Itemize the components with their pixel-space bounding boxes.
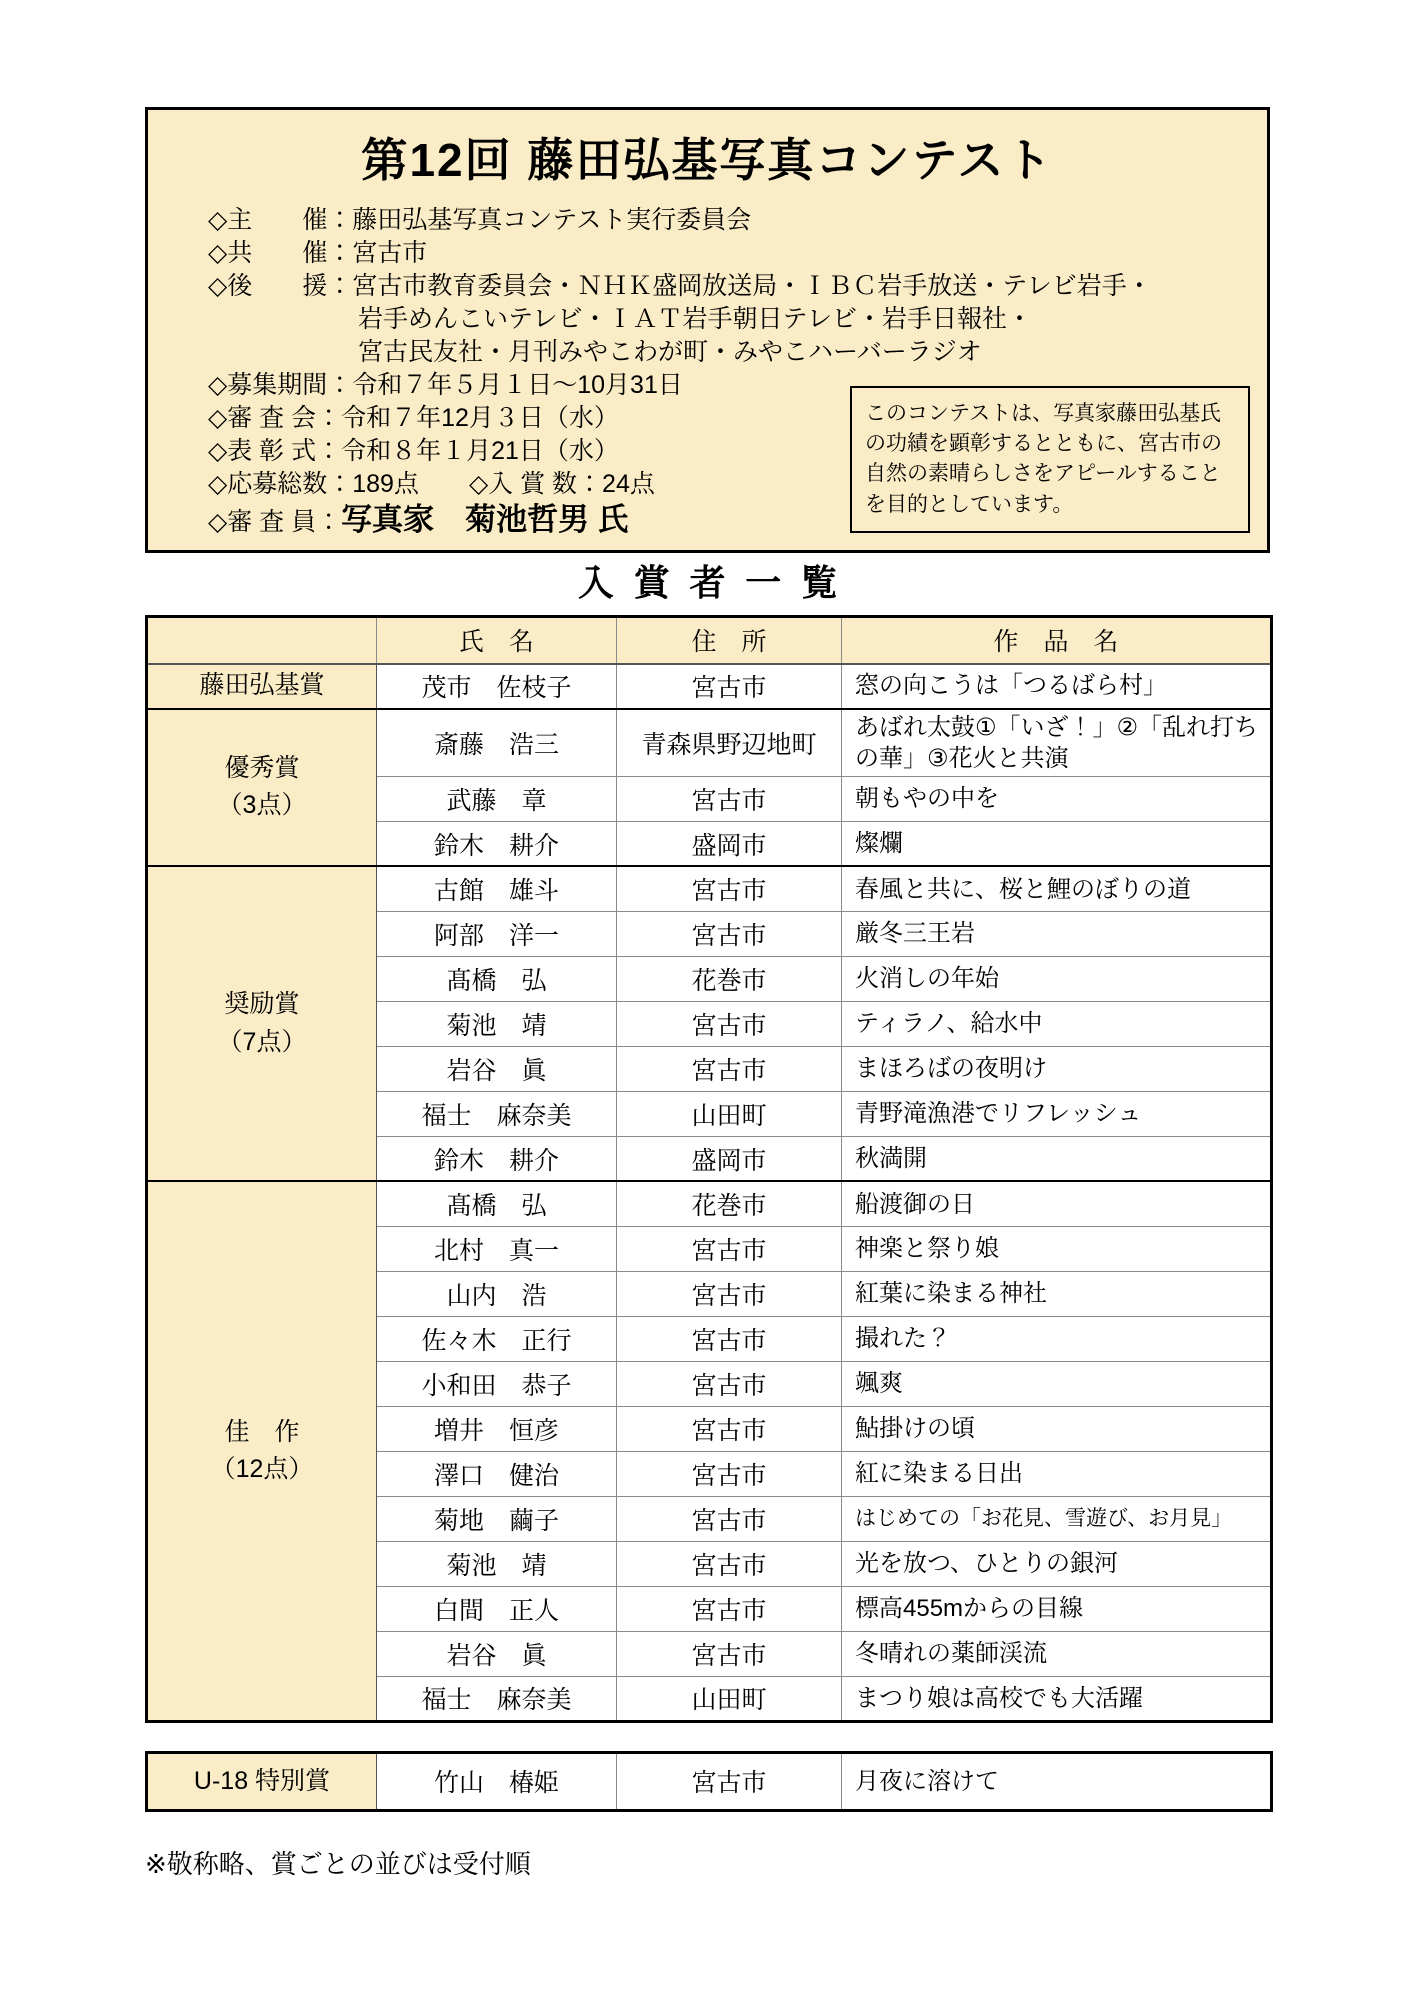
name-cell: 菊池 靖 <box>377 1001 617 1046</box>
place-cell: 山田町 <box>617 1091 842 1136</box>
name-cell: 増井 恒彦 <box>377 1406 617 1451</box>
name-cell: 佐々木 正行 <box>377 1316 617 1361</box>
title-cell: あばれ太鼓①「いざ！」②「乱れ打ちの華」③花火と共演 <box>842 709 1272 777</box>
winners-heading: 入賞者一覧 <box>145 559 1270 607</box>
name-cell: 白間 正人 <box>377 1586 617 1631</box>
col-header-award <box>147 617 377 664</box>
place-cell: 宮古市 <box>617 1586 842 1631</box>
table-row: 奨励賞（7点）古館 雄斗宮古市春風と共に、桜と鯉のぼりの道 <box>147 866 1272 911</box>
name-cell: 小和田 恭子 <box>377 1361 617 1406</box>
name-cell: 澤口 健治 <box>377 1451 617 1496</box>
place-cell: 宮古市 <box>617 866 842 911</box>
purpose-note-text: このコンテストは、写真家藤田弘基氏の功績を顕彰するとともに、宮古市の自然の素晴ら… <box>865 402 1222 516</box>
winners-table-body: 氏 名 住 所 作 品 名 藤田弘基賞茂市 佐枝子宮古市窓の向こうは「つるばら村… <box>147 617 1272 1722</box>
name-cell: 竹山 椿姫 <box>377 1752 617 1810</box>
place-cell: 宮古市 <box>617 664 842 709</box>
name-cell: 山内 浩 <box>377 1271 617 1316</box>
title-cell: 厳冬三王岩 <box>842 911 1272 956</box>
title-cell: まつり娘は高校でも大活躍 <box>842 1676 1272 1721</box>
award-cell: 奨励賞（7点） <box>147 866 377 1181</box>
name-cell: 岩谷 眞 <box>377 1046 617 1091</box>
place-cell: 宮古市 <box>617 1046 842 1091</box>
award-cell: 優秀賞（3点） <box>147 709 377 867</box>
name-cell: 福士 麻奈美 <box>377 1676 617 1721</box>
content-column: 第12回 藤田弘基写真コンテスト ◇主 催：藤田弘基写真コンテスト実行委員会◇共… <box>145 107 1270 1881</box>
title-cell: 標高455mからの目線 <box>842 1586 1272 1631</box>
award-name: 優秀賞 <box>152 750 372 788</box>
title-cell: 鮎掛けの頃 <box>842 1406 1272 1451</box>
award-cell: U-18 特別賞 <box>147 1752 377 1810</box>
award-count: （12点） <box>152 1451 372 1489</box>
award-name: 藤田弘基賞 <box>152 667 372 705</box>
title-cell: 撮れた？ <box>842 1316 1272 1361</box>
place-cell: 盛岡市 <box>617 1136 842 1181</box>
place-cell: 宮古市 <box>617 1271 842 1316</box>
contest-header-box: 第12回 藤田弘基写真コンテスト ◇主 催：藤田弘基写真コンテスト実行委員会◇共… <box>145 107 1270 553</box>
place-cell: 宮古市 <box>617 1496 842 1541</box>
name-cell: 鈴木 耕介 <box>377 1136 617 1181</box>
title-cell: 冬晴れの薬師渓流 <box>842 1631 1272 1676</box>
place-cell: 宮古市 <box>617 1451 842 1496</box>
winners-table: 氏 名 住 所 作 品 名 藤田弘基賞茂市 佐枝子宮古市窓の向こうは「つるばら村… <box>145 615 1273 1723</box>
place-cell: 花巻市 <box>617 956 842 1001</box>
col-header-name: 氏 名 <box>377 617 617 664</box>
place-cell: 宮古市 <box>617 1541 842 1586</box>
page-root: 第12回 藤田弘基写真コンテスト ◇主 催：藤田弘基写真コンテスト実行委員会◇共… <box>0 0 1414 2000</box>
name-cell: 菊池 靖 <box>377 1541 617 1586</box>
name-cell: 北村 真一 <box>377 1226 617 1271</box>
place-cell: 盛岡市 <box>617 821 842 866</box>
name-cell: 髙橋 弘 <box>377 1181 617 1226</box>
judge-name: 写真家 菊池哲男 氏 <box>341 502 629 537</box>
place-cell: 宮古市 <box>617 1406 842 1451</box>
title-cell: 青野滝漁港でリフレッシュ <box>842 1091 1272 1136</box>
place-cell: 宮古市 <box>617 1631 842 1676</box>
name-cell: 武藤 章 <box>377 776 617 821</box>
name-cell: 髙橋 弘 <box>377 956 617 1001</box>
header-detail-line: ◇共 催：宮古市 <box>208 237 1267 270</box>
contest-title: 第12回 藤田弘基写真コンテスト <box>208 124 1207 190</box>
title-cell: 火消しの年始 <box>842 956 1272 1001</box>
title-cell: 燦爛 <box>842 821 1272 866</box>
title-cell: 朝もやの中を <box>842 776 1272 821</box>
name-cell: 茂市 佐枝子 <box>377 664 617 709</box>
title-cell: 船渡御の日 <box>842 1181 1272 1226</box>
purpose-note-box: このコンテストは、写真家藤田弘基氏の功績を顕彰するとともに、宮古市の自然の素晴ら… <box>850 386 1250 533</box>
place-cell: 宮古市 <box>617 1001 842 1046</box>
award-count: （3点） <box>152 787 372 825</box>
judge-label: ◇審 査 員： <box>208 508 341 536</box>
header-detail-line: 宮古民友社・月刊みやこわが町・みやこハーバーラジオ <box>208 336 1267 369</box>
header-detail-line: ◇後 援：宮古市教育委員会・ＮＨＫ盛岡放送局・ＩＢＣ岩手放送・テレビ岩手・ <box>208 270 1267 303</box>
name-cell: 斎藤 浩三 <box>377 709 617 777</box>
title-cell: 春風と共に、桜と鯉のぼりの道 <box>842 866 1272 911</box>
name-cell: 菊地 繭子 <box>377 1496 617 1541</box>
title-cell: 月夜に溶けて <box>842 1752 1272 1810</box>
name-cell: 福士 麻奈美 <box>377 1091 617 1136</box>
title-cell: 秋満開 <box>842 1136 1272 1181</box>
place-cell: 宮古市 <box>617 1226 842 1271</box>
title-cell: 神楽と祭り娘 <box>842 1226 1272 1271</box>
title-cell: まほろばの夜明け <box>842 1046 1272 1091</box>
table-row: 藤田弘基賞茂市 佐枝子宮古市窓の向こうは「つるばら村」 <box>147 664 1272 709</box>
title-cell: 颯爽 <box>842 1361 1272 1406</box>
award-cell: 藤田弘基賞 <box>147 664 377 709</box>
place-cell: 宮古市 <box>617 911 842 956</box>
title-cell: 窓の向こうは「つるばら村」 <box>842 664 1272 709</box>
name-cell: 鈴木 耕介 <box>377 821 617 866</box>
table-row: 佳 作（12点）髙橋 弘花巻市船渡御の日 <box>147 1181 1272 1226</box>
place-cell: 宮古市 <box>617 1361 842 1406</box>
place-cell: 山田町 <box>617 1676 842 1721</box>
header-detail-line: 岩手めんこいテレビ・ＩＡＴ岩手朝日テレビ・岩手日報社・ <box>208 303 1267 336</box>
award-cell: 佳 作（12点） <box>147 1181 377 1721</box>
title-cell: 紅葉に染まる神社 <box>842 1271 1272 1316</box>
award-name: 佳 作 <box>152 1414 372 1452</box>
footnote: ※敬称略、賞ごとの並びは受付順 <box>145 1844 1270 1881</box>
award-name: 奨励賞 <box>152 986 372 1024</box>
place-cell: 宮古市 <box>617 1316 842 1361</box>
place-cell: 青森県野辺地町 <box>617 709 842 777</box>
place-cell: 宮古市 <box>617 776 842 821</box>
place-cell: 宮古市 <box>617 1752 842 1810</box>
col-header-place: 住 所 <box>617 617 842 664</box>
name-cell: 岩谷 眞 <box>377 1631 617 1676</box>
place-cell: 花巻市 <box>617 1181 842 1226</box>
name-cell: 阿部 洋一 <box>377 911 617 956</box>
title-cell: 光を放つ、ひとりの銀河 <box>842 1541 1272 1586</box>
name-cell: 古館 雄斗 <box>377 866 617 911</box>
table-row: 優秀賞（3点）斎藤 浩三青森県野辺地町あばれ太鼓①「いざ！」②「乱れ打ちの華」③… <box>147 709 1272 777</box>
title-cell: 紅に染まる日出 <box>842 1451 1272 1496</box>
u18-row: U-18 特別賞 竹山 椿姫 宮古市 月夜に溶けて <box>147 1752 1272 1810</box>
title-cell: ティラノ、給水中 <box>842 1001 1272 1046</box>
title-cell: はじめての「お花見、雪遊び、お月見」 <box>842 1496 1272 1541</box>
header-detail-line: ◇主 催：藤田弘基写真コンテスト実行委員会 <box>208 204 1267 237</box>
table-header-row: 氏 名 住 所 作 品 名 <box>147 617 1272 664</box>
u18-table: U-18 特別賞 竹山 椿姫 宮古市 月夜に溶けて <box>145 1751 1273 1812</box>
col-header-title: 作 品 名 <box>842 617 1272 664</box>
award-count: （7点） <box>152 1024 372 1062</box>
